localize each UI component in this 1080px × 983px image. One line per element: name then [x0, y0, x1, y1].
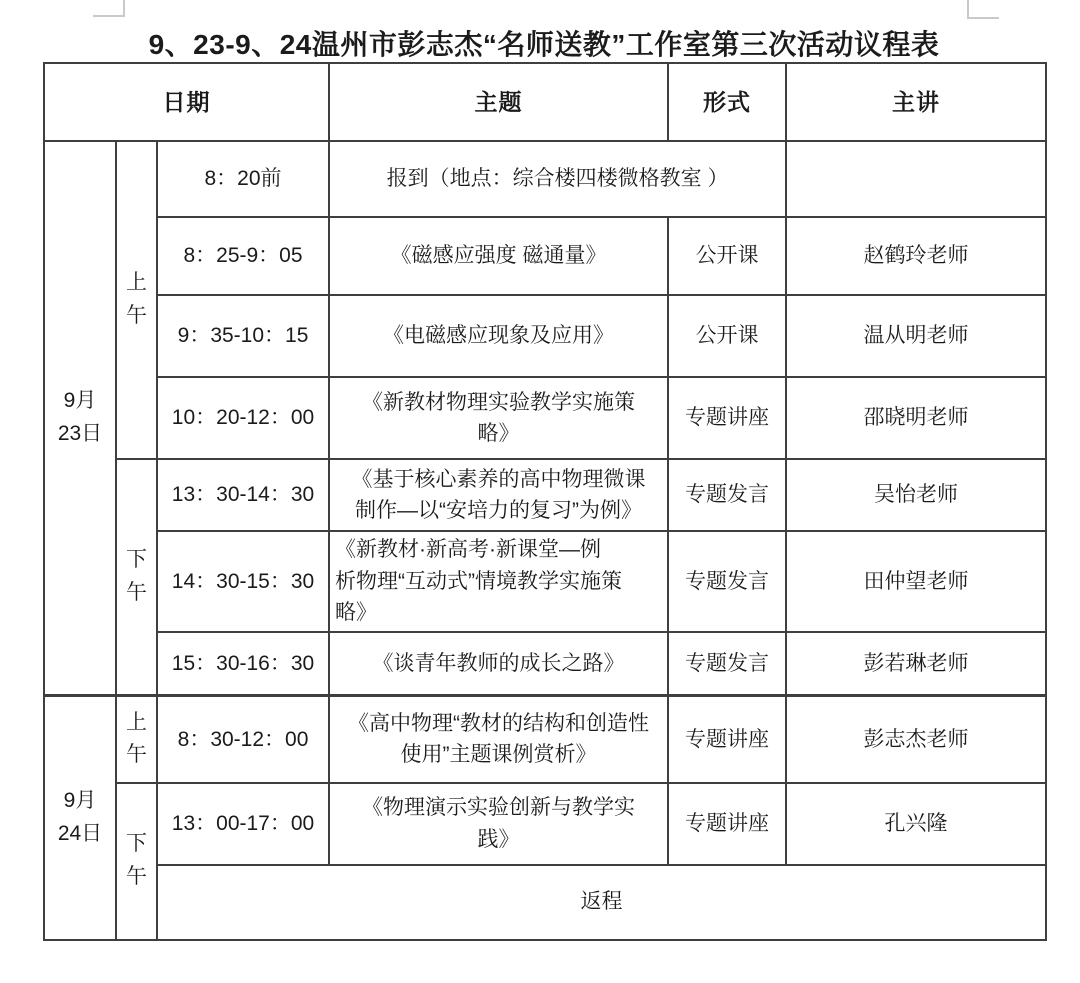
topic-cell: 报到（地点：综合楼四楼微格教室 ）	[329, 141, 786, 217]
format-cell: 专题讲座	[668, 377, 786, 459]
header-row: 日期 主题 形式 主讲	[44, 63, 1046, 141]
page-margin-mark-top-right	[967, 0, 999, 19]
time-cell: 9：35-10：15	[157, 295, 329, 377]
session-cell-day1-morning: 上 午	[116, 141, 157, 459]
topic-cell: 《新教材·新高考·新课堂—例 析物理“互动式”情境教学实施策 略》	[329, 531, 668, 632]
time-cell: 8：30-12：00	[157, 696, 329, 783]
format-cell: 专题发言	[668, 459, 786, 531]
agenda-row: 下 午 13：30-14：30 《基于核心素养的高中物理微课 制作—以“安培力的…	[44, 459, 1046, 531]
speaker-cell: 孔兴隆	[786, 783, 1046, 865]
page-margin-mark-top-left	[93, 0, 125, 17]
agenda-row: 15：30-16：30 《谈青年教师的成长之路》 专题发言 彭若琳老师	[44, 632, 1046, 696]
time-cell: 10：20-12：00	[157, 377, 329, 459]
topic-cell: 《谈青年教师的成长之路》	[329, 632, 668, 696]
speaker-cell: 邵晓明老师	[786, 377, 1046, 459]
date-cell-day2: 9月 24日	[44, 696, 116, 940]
agenda-row: 9月 24日 上 午 8：30-12：00 《高中物理“教材的结构和创造性 使用…	[44, 696, 1046, 783]
topic-cell: 《磁感应强度 磁通量》	[329, 217, 668, 295]
header-topic: 主题	[329, 63, 668, 141]
format-cell: 专题讲座	[668, 783, 786, 865]
agenda-table: 日期 主题 形式 主讲 9月 23日 上 午 8：20前 报到（地点：综合楼四楼…	[43, 62, 1047, 941]
time-cell: 15：30-16：30	[157, 632, 329, 696]
time-cell: 8：20前	[157, 141, 329, 217]
format-cell: 公开课	[668, 295, 786, 377]
topic-cell: 《电磁感应现象及应用》	[329, 295, 668, 377]
topic-cell: 《物理演示实验创新与教学实 践》	[329, 783, 668, 865]
speaker-cell: 田仲望老师	[786, 531, 1046, 632]
topic-cell: 《新教材物理实验教学实施策 略》	[329, 377, 668, 459]
speaker-cell: 温从明老师	[786, 295, 1046, 377]
format-cell: 专题发言	[668, 531, 786, 632]
agenda-row: 9：35-10：15 《电磁感应现象及应用》 公开课 温从明老师	[44, 295, 1046, 377]
document-title: 9、23-9、24温州市彭志杰“名师送教”工作室第三次活动议程表	[43, 23, 1045, 63]
return-cell: 返程	[157, 865, 1046, 940]
agenda-row: 14：30-15：30 《新教材·新高考·新课堂—例 析物理“互动式”情境教学实…	[44, 531, 1046, 632]
time-cell: 14：30-15：30	[157, 531, 329, 632]
topic-cell: 《基于核心素养的高中物理微课 制作—以“安培力的复习”为例》	[329, 459, 668, 531]
format-cell: 专题发言	[668, 632, 786, 696]
topic-cell: 《高中物理“教材的结构和创造性 使用”主题课例赏析》	[329, 696, 668, 783]
time-cell: 8：25-9：05	[157, 217, 329, 295]
header-format: 形式	[668, 63, 786, 141]
session-cell-day2-morning: 上 午	[116, 696, 157, 783]
agenda-row: 下 午 13：00-17：00 《物理演示实验创新与教学实 践》 专题讲座 孔兴…	[44, 783, 1046, 865]
format-cell: 公开课	[668, 217, 786, 295]
format-cell: 专题讲座	[668, 696, 786, 783]
session-cell-day1-afternoon: 下 午	[116, 459, 157, 696]
time-cell: 13：30-14：30	[157, 459, 329, 531]
speaker-cell: 吴怡老师	[786, 459, 1046, 531]
speaker-cell	[786, 141, 1046, 217]
speaker-cell: 彭志杰老师	[786, 696, 1046, 783]
date-cell-day1: 9月 23日	[44, 141, 116, 696]
agenda-row-checkin: 9月 23日 上 午 8：20前 报到（地点：综合楼四楼微格教室 ）	[44, 141, 1046, 217]
agenda-row-return: 返程	[44, 865, 1046, 940]
agenda-row: 10：20-12：00 《新教材物理实验教学实施策 略》 专题讲座 邵晓明老师	[44, 377, 1046, 459]
agenda-row: 8：25-9：05 《磁感应强度 磁通量》 公开课 赵鹤玲老师	[44, 217, 1046, 295]
speaker-cell: 彭若琳老师	[786, 632, 1046, 696]
speaker-cell: 赵鹤玲老师	[786, 217, 1046, 295]
header-speaker: 主讲	[786, 63, 1046, 141]
session-cell-day2-afternoon: 下 午	[116, 783, 157, 940]
header-date: 日期	[44, 63, 329, 141]
time-cell: 13：00-17：00	[157, 783, 329, 865]
